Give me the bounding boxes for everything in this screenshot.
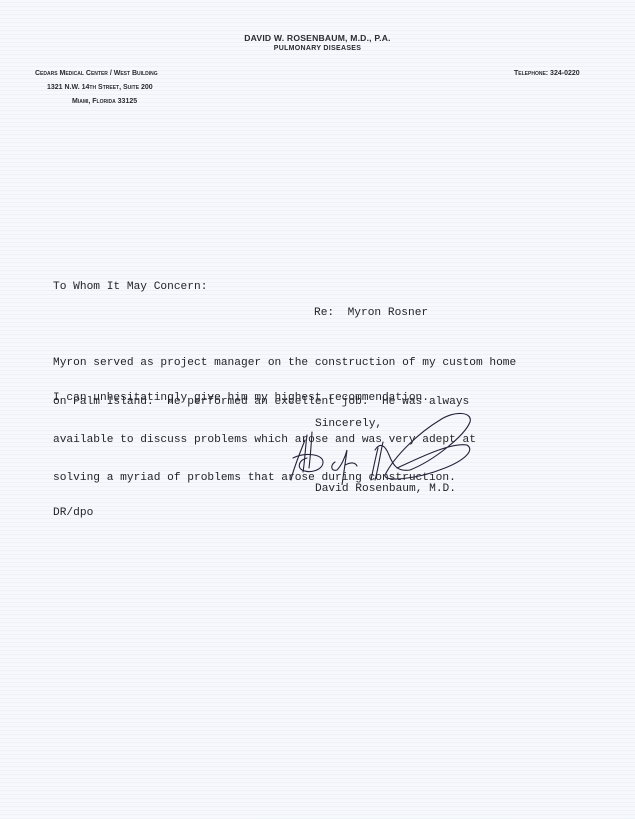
letterhead-name: DAVID W. ROSENBAUM, M.D., P.A.: [0, 33, 635, 43]
signature-name: David Rosenbaum, M.D.: [315, 483, 456, 496]
letterhead-specialty: PULMONARY DISEASES: [0, 45, 635, 52]
reference-initials: DR/dpo: [53, 507, 93, 520]
recommendation-line: I can unhesitatingly give him my highest…: [53, 392, 429, 405]
salutation: To Whom It May Concern:: [53, 281, 207, 294]
handwritten-signature: [285, 410, 485, 485]
letterhead-address-line-1: Cedars Medical Center / West Building: [35, 70, 158, 77]
body-line: Myron served as project manager on the c…: [53, 357, 516, 370]
letterhead-telephone: Telephone: 324-0220: [514, 70, 580, 77]
letterhead-address-line-3: Miami, Florida 33125: [72, 98, 137, 105]
letterhead-address-line-2: 1321 N.W. 14th Street, Suite 200: [47, 84, 153, 91]
subject-line: Re: Myron Rosner: [314, 307, 428, 320]
